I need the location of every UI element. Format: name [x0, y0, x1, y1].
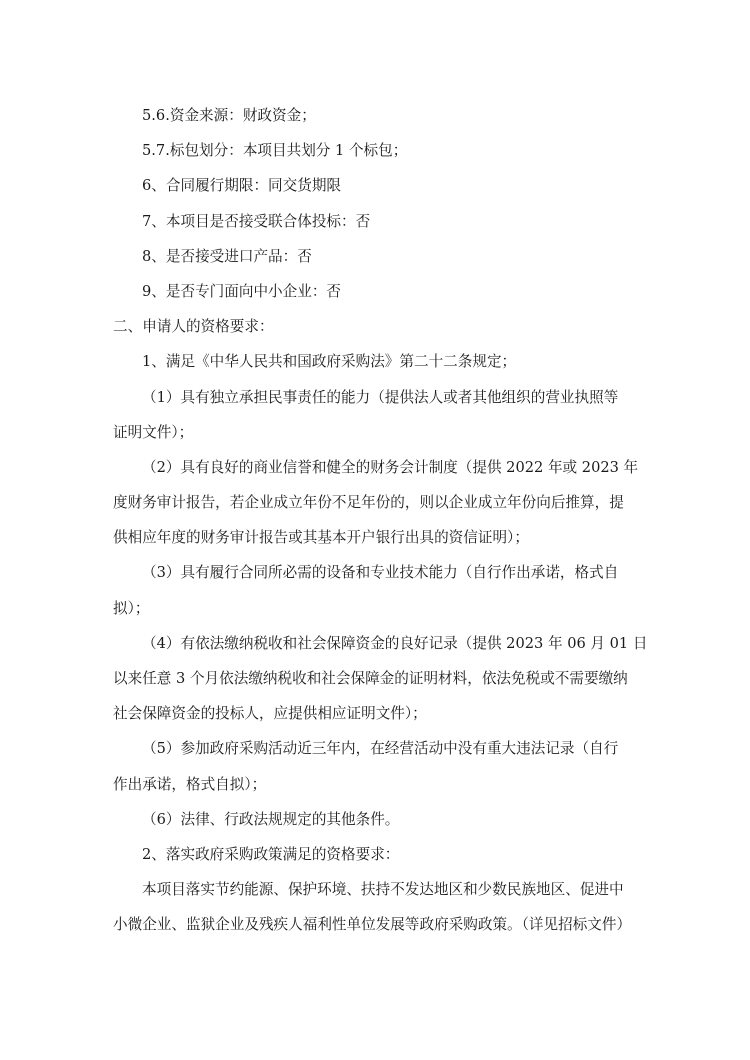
requirement-1-4-line-b: 以来任意 3 个月依法缴纳税收和社会保障金的证明材料，依法免税或不需要缴纳	[113, 661, 639, 696]
requirement-1-6-line: （6）法律、行政法规规定的其他条件。	[113, 802, 639, 837]
requirement-1-5-line-b: 作出承诺，格式自拟）；	[113, 767, 639, 802]
requirement-1-2-line-a: （2）具有良好的商业信誉和健全的财务会计制度（提供 2022 年或 2023 年	[113, 450, 639, 485]
requirement-1-3-line-b: 拟）；	[113, 591, 639, 626]
imported-products-line: 8、是否接受进口产品：否	[113, 239, 639, 274]
document-page: 5.6.资金来源：财政资金； 5.7.标包划分：本项目共划分 1 个标包； 6、…	[113, 98, 639, 943]
lot-division-line: 5.7.标包划分：本项目共划分 1 个标包；	[113, 133, 639, 168]
requirement-1-heading: 1、满足《中华人民共和国政府采购法》第二十二条规定；	[113, 344, 639, 379]
requirement-1-1-line-b: 证明文件）；	[113, 415, 639, 450]
section-heading-qualifications: 二、申请人的资格要求：	[113, 309, 639, 344]
requirement-1-2-line-c: 供相应年度的财务审计报告或其基本开户银行出具的资信证明）；	[113, 520, 639, 555]
requirement-1-5-line-a: （5）参加政府采购活动近三年内，在经营活动中没有重大违法记录（自行	[113, 731, 639, 766]
requirement-1-3-line-a: （3）具有履行合同所必需的设备和专业技术能力（自行作出承诺，格式自	[113, 555, 639, 590]
requirement-1-2-line-b: 度财务审计报告，若企业成立年份不足年份的，则以企业成立年份向后推算，提	[113, 485, 639, 520]
requirement-2-heading: 2、落实政府采购政策满足的资格要求：	[113, 837, 639, 872]
consortium-bid-line: 7、本项目是否接受联合体投标：否	[113, 204, 639, 239]
requirement-1-4-line-c: 社会保障资金的投标人，应提供相应证明文件）；	[113, 696, 639, 731]
requirement-1-4-line-a: （4）有依法缴纳税收和社会保障资金的良好记录（提供 2023 年 06 月 01…	[113, 626, 639, 661]
contract-period-line: 6、合同履行期限：同交货期限	[113, 168, 639, 203]
sme-only-line: 9、是否专门面向中小企业：否	[113, 274, 639, 309]
policy-paragraph-line-b: 小微企业、监狱企业及残疾人福利性单位发展等政府采购政策。（详见招标文件）	[113, 907, 639, 942]
requirement-1-1-line-a: （1）具有独立承担民事责任的能力（提供法人或者其他组织的营业执照等	[113, 380, 639, 415]
policy-paragraph-line-a: 本项目落实节约能源、保护环境、扶持不发达地区和少数民族地区、促进中	[113, 872, 639, 907]
funding-source-line: 5.6.资金来源：财政资金；	[113, 98, 639, 133]
